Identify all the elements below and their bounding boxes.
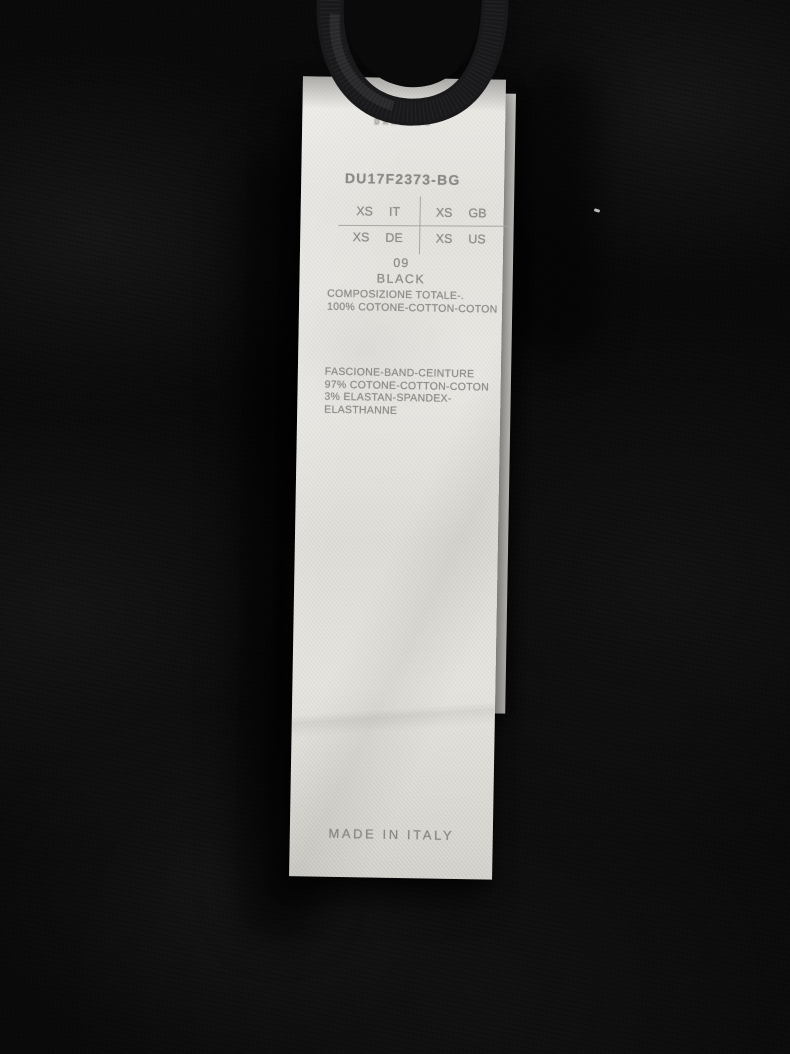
photo-garment-care-label: DRKSHDW DU17F2373-BG XS IT XS GB XS DE <box>0 0 790 1054</box>
waistband-line-3: ELASTHANNE <box>324 403 489 418</box>
size-cell-us: XS US <box>419 225 502 252</box>
region-label: GB <box>468 206 486 220</box>
size-cell-it: XS IT <box>336 198 419 225</box>
total-composition-block: COMPOSIZIONE TOTALE-. 100% COTONE-COTTON… <box>327 288 498 316</box>
size-table: XS IT XS GB XS DE XS US <box>336 198 503 253</box>
region-label: IT <box>389 205 400 219</box>
size-value: XS <box>356 204 373 218</box>
region-label: US <box>468 232 486 246</box>
size-cell-gb: XS GB <box>419 199 502 226</box>
made-in-text: MADE IN ITALY <box>290 825 493 844</box>
label-cast-shadow-right <box>508 60 598 360</box>
size-value: XS <box>436 206 453 220</box>
care-label: DRKSHDW DU17F2373-BG XS IT XS GB XS DE <box>289 76 506 879</box>
total-composition-line: 100% COTONE-COTTON-COTON <box>327 300 498 315</box>
size-value: XS <box>436 232 453 246</box>
style-number: 09 <box>300 254 503 272</box>
size-cell-de: XS DE <box>336 224 419 251</box>
product-code: DU17F2373-BG <box>301 169 504 189</box>
waistband-composition-block: FASCIONE-BAND-CEINTURE 97% COTONE-COTTON… <box>324 366 489 419</box>
size-value: XS <box>353 230 370 244</box>
color-name: BLACK <box>299 270 502 288</box>
brand-woven-text: DRKSHDW <box>302 116 505 130</box>
region-label: DE <box>385 231 403 245</box>
